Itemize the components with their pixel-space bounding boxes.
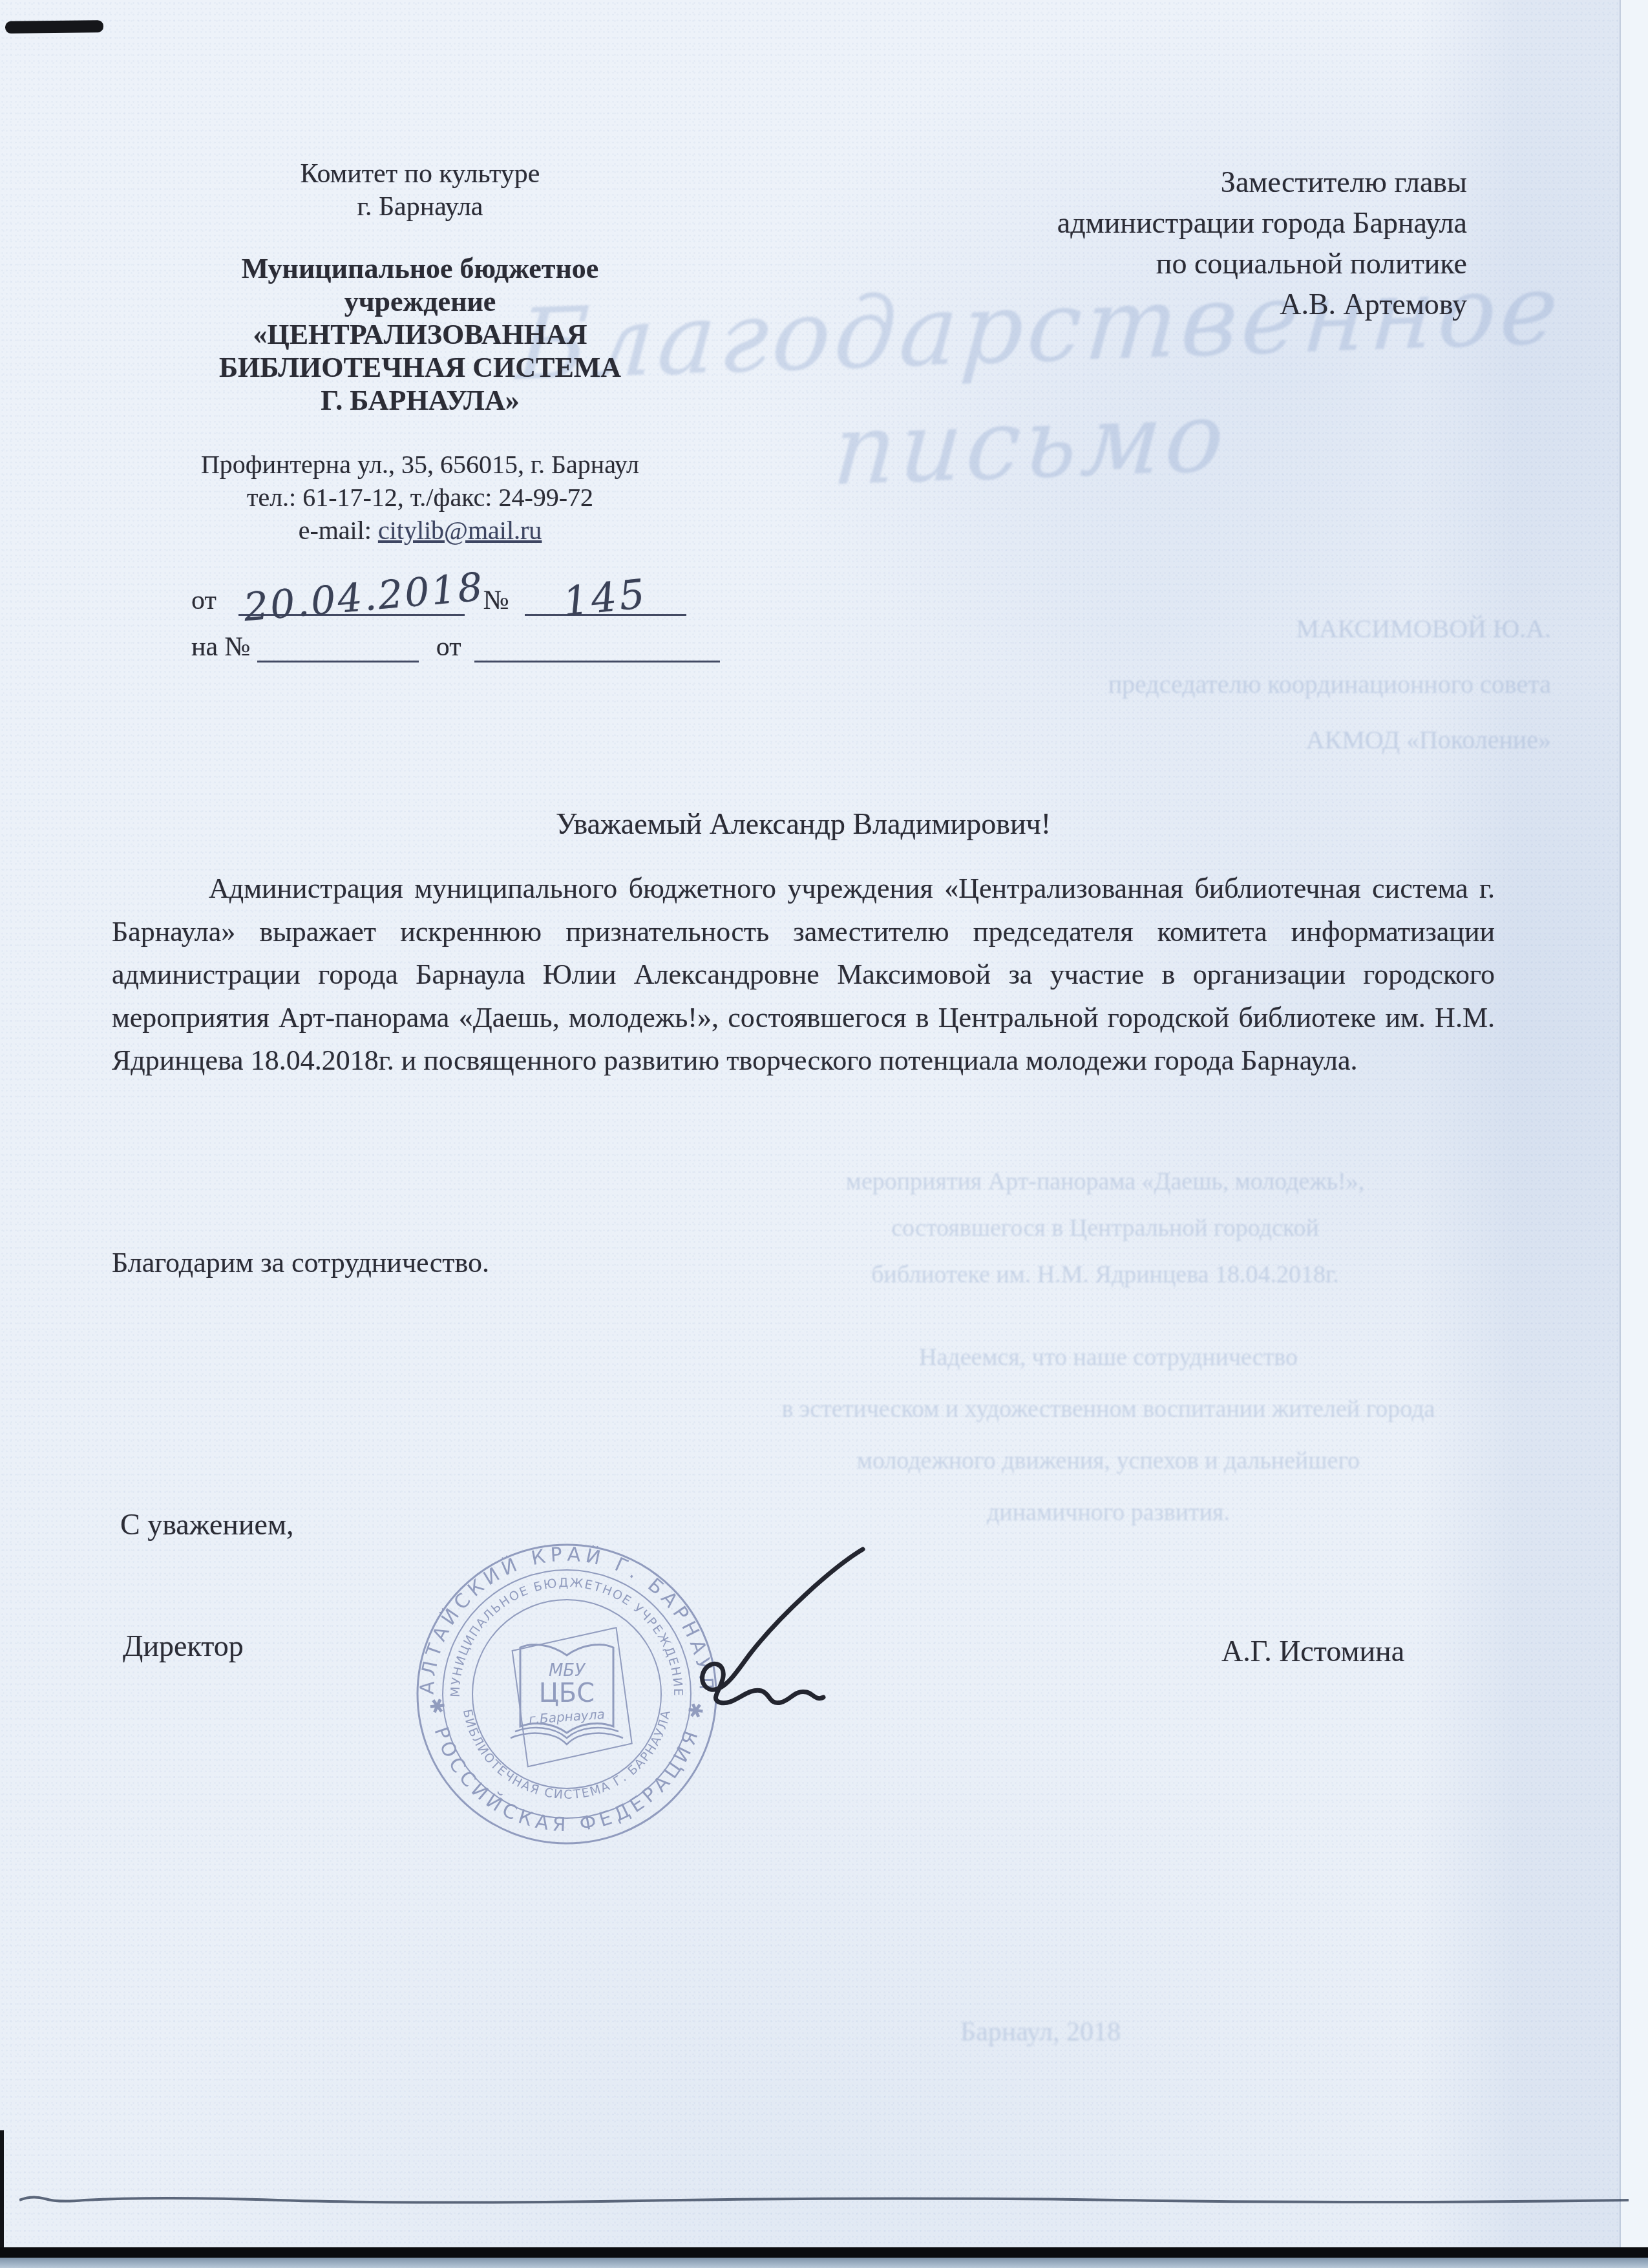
bleedthrough-title-line2: письмо xyxy=(830,381,1231,507)
scanner-right-strip xyxy=(1621,0,1648,2268)
scan-left-edge-bar xyxy=(0,2130,4,2251)
bleedthrough-addressee: МАКСИМОВОЙ Ю.А. председателю координацио… xyxy=(937,601,1551,768)
letterhead-org-line2: учреждение xyxy=(110,285,730,318)
bleedthrough-event-line: библиотеке им. Н.М. Ядринцева 18.04.2018… xyxy=(679,1251,1532,1298)
thanks-line: Благодарим за сотрудничество. xyxy=(112,1246,489,1279)
scan-crease-line xyxy=(19,2192,1629,2205)
ref-num-label: № xyxy=(483,586,509,615)
stamp-center-line1: МБУ xyxy=(549,1661,586,1680)
bleedthrough-addressee-line: председателю координационного совета xyxy=(937,657,1551,712)
letterhead-address: Профинтерна ул., 35, 656015, г. Барнаул xyxy=(110,448,730,481)
bleedthrough-hope-line: Надеемся, что наше сотрудничество xyxy=(646,1331,1570,1383)
email-label: e-mail: xyxy=(299,516,378,545)
ref-from-label: от xyxy=(191,586,217,615)
bleedthrough-hope-line: молодежного движения, успехов и дальнейш… xyxy=(646,1435,1570,1487)
signer-name: А.Г. Истомина xyxy=(1221,1634,1404,1668)
bleedthrough-event-line: состоявшегося в Центральной городской xyxy=(679,1205,1532,1251)
addressee-line3: по социальной политике xyxy=(827,243,1467,284)
scanner-bottom-strip xyxy=(0,2258,1648,2268)
addressee-block: Заместителю главы администрации города Б… xyxy=(827,162,1467,324)
bleedthrough-addressee-line: АКМОД «Поколение» xyxy=(937,712,1551,768)
bleedthrough-hope-block: Надеемся, что наше сотрудничество в эсте… xyxy=(646,1331,1570,1538)
bleedthrough-footer: Барнаул, 2018 xyxy=(905,2017,1176,2048)
bleedthrough-hope-line: динамичного развития. xyxy=(646,1487,1570,1538)
bleedthrough-hope-line: в эстетическом и художественном воспитан… xyxy=(646,1383,1570,1435)
director-signature xyxy=(607,1540,879,1727)
letterhead-phones: тел.: 61-17-12, т./факс: 24-99-72 xyxy=(110,481,730,514)
letterhead-org-line1: Муниципальное бюджетное xyxy=(110,252,730,285)
body-paragraph: Администрация муниципального бюджетного … xyxy=(112,867,1495,1083)
signer-position: Директор xyxy=(123,1629,244,1663)
addressee-line4: А.В. Артемову xyxy=(827,284,1467,324)
addressee-line2: администрации города Барнаула xyxy=(827,202,1467,243)
scan-bottom-bar xyxy=(0,2247,1648,2258)
email-address: citylib@mail.ru xyxy=(378,516,542,545)
salutation: Уважаемый Александр Владимирович! xyxy=(112,807,1495,841)
letterhead-committee-line2: г. Барнаула xyxy=(110,191,730,224)
letterhead-org-line5: Г. БАРНАУЛА» xyxy=(110,384,730,417)
reference-block: от 20.04.2018 № 145 на № от xyxy=(191,579,999,680)
bleedthrough-event-block: мероприятия Арт-панорама «Даешь, молодеж… xyxy=(679,1158,1532,1298)
handwritten-number: 145 xyxy=(561,569,650,625)
closing-line: С уважением, xyxy=(120,1507,294,1542)
bleedthrough-event-line: мероприятия Арт-панорама «Даешь, молодеж… xyxy=(679,1158,1532,1205)
addressee-line1: Заместителю главы xyxy=(827,162,1467,202)
letterhead-email-line: e-mail: citylib@mail.ru xyxy=(110,514,730,547)
bleedthrough-addressee-line: МАКСИМОВОЙ Ю.А. xyxy=(937,601,1551,657)
letterhead-committee-line1: Комитет по культуре xyxy=(110,158,730,191)
letterhead-org-line4: БИБЛИОТЕЧНАЯ СИСТЕМА xyxy=(110,351,730,384)
scan-corner-mark xyxy=(5,20,103,34)
ref-reply-num-label: на № xyxy=(191,632,251,662)
letterhead-org-line3: «ЦЕНТРАЛИЗОВАННАЯ xyxy=(110,318,730,351)
letterhead: Комитет по культуре г. Барнаула Муниципа… xyxy=(110,158,730,547)
stamp-center-line2: ЦБС xyxy=(539,1679,595,1708)
ref-reply-from-label: от xyxy=(436,632,461,662)
